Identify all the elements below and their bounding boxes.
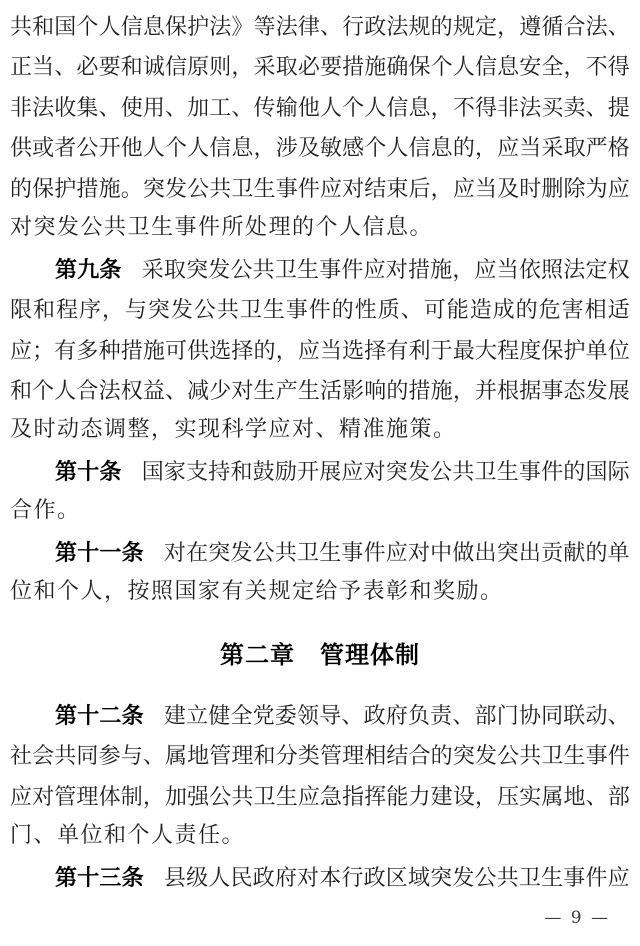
article-first-line: 第十二条建立健全党委领导、政府负责、部门协同联动、 <box>10 694 630 735</box>
article-first-line: 第九条采取突发公共卫生事件应对措施，应当依照法定权 <box>10 248 630 289</box>
text-line: 应；有多种措施可供选择的，应当选择有利于最大程度保护单位 <box>10 329 630 370</box>
text-line: 非法收集、使用、加工、传输他人个人信息，不得非法买卖、提 <box>10 86 630 127</box>
article-number: 九 <box>77 253 99 284</box>
article-number: 十 <box>77 536 99 567</box>
article-number: 条 <box>122 699 144 730</box>
article-number: 条 <box>99 253 121 284</box>
article-number: 十 <box>77 699 99 730</box>
article-number: 第 <box>55 699 77 730</box>
article-first-line: 第十条国家支持和鼓励开展应对突发公共卫生事件的国际 <box>10 451 630 492</box>
article-number: 一 <box>99 536 121 567</box>
article-number: 第 <box>55 455 77 486</box>
article-number: 三 <box>99 861 121 892</box>
article-number: 条 <box>122 536 144 567</box>
text-line: 的保护措施。突发公共卫生事件应对结束后，应当及时删除为应 <box>10 167 630 208</box>
text-line: 应对管理体制，加强公共卫生应急指挥能力建设，压实属地、部 <box>10 775 630 816</box>
text-line: 正当、必要和诚信原则，采取必要措施确保个人信息安全，不得 <box>10 46 630 87</box>
text-line: 对突发公共卫生事件所处理的个人信息。 <box>10 208 630 249</box>
text-line: 位和个人，按照国家有关规定给予表彰和奖励。 <box>10 572 630 613</box>
article-number: 第 <box>55 861 77 892</box>
chapter-heading: 第二章 管理体制 <box>10 635 630 676</box>
article-number: 条 <box>99 455 121 486</box>
text-line: 共和国个人信息保护法》等法律、行政法规的规定，遵循合法、 <box>10 5 630 46</box>
page-number: — 9 — <box>544 908 610 928</box>
text-line: 限和程序，与突发公共卫生事件的性质、可能造成的危害相适 <box>10 289 630 330</box>
article-number: 十 <box>77 455 99 486</box>
text-line: 合作。 <box>10 491 630 532</box>
text-line: 和个人合法权益、减少对生产生活影响的措施，并根据事态发展 <box>10 370 630 411</box>
document-page: 共和国个人信息保护法》等法律、行政法规的规定，遵循合法、正当、必要和诚信原则，采… <box>0 0 640 897</box>
text-line: 门、单位和个人责任。 <box>10 816 630 857</box>
text-line: 及时动态调整，实现科学应对、精准施策。 <box>10 410 630 451</box>
article-number: 十 <box>77 861 99 892</box>
text-line: 社会共同参与、属地管理和分类管理相结合的突发公共卫生事件 <box>10 735 630 776</box>
article-number: 第 <box>55 253 77 284</box>
article-first-line: 第十三条县级人民政府对本行政区域突发公共卫生事件应 <box>10 856 630 897</box>
article-number: 二 <box>99 699 121 730</box>
text-line: 供或者公开他人个人信息，涉及敏感个人信息的，应当采取严格 <box>10 127 630 168</box>
article-first-line: 第十一条对在突发公共卫生事件应对中做出突出贡献的单 <box>10 532 630 573</box>
document-body: 共和国个人信息保护法》等法律、行政法规的规定，遵循合法、正当、必要和诚信原则，采… <box>0 0 640 897</box>
article-number: 第 <box>55 536 77 567</box>
article-number: 条 <box>122 861 144 892</box>
